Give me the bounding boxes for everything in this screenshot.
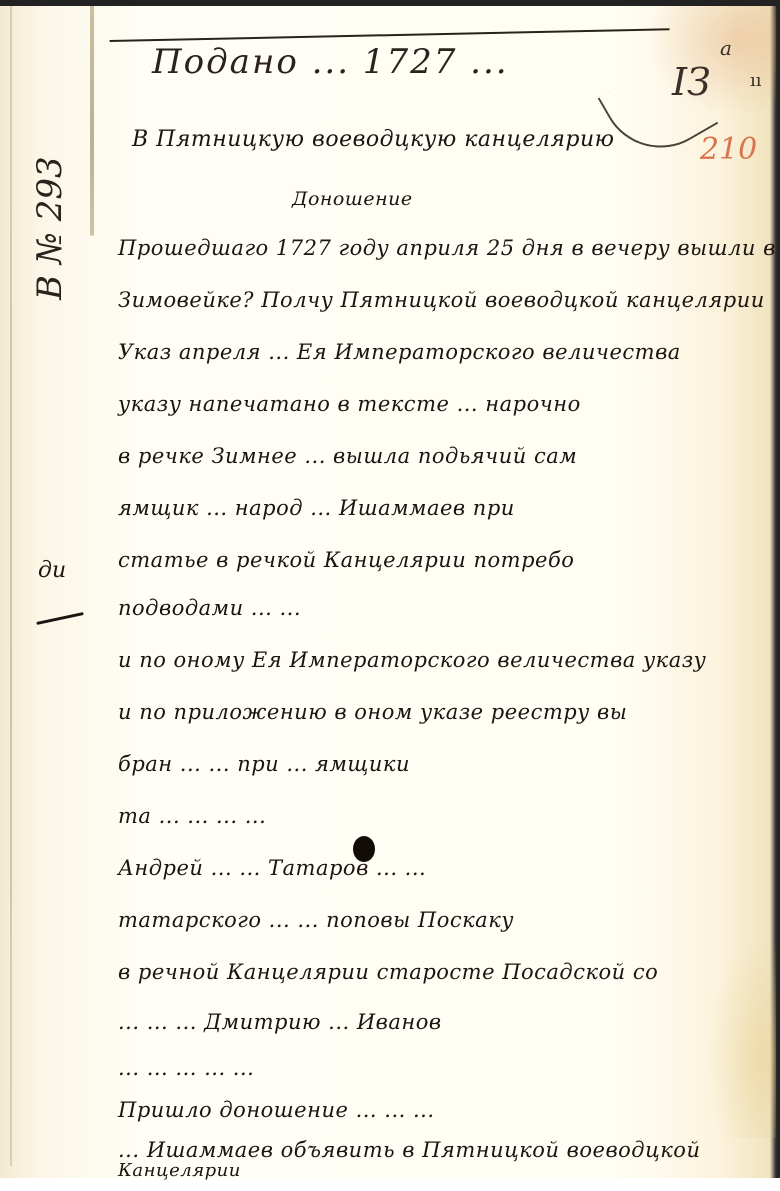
- red-folio-number: 210: [700, 132, 757, 167]
- header-note: Подано ... 1727 ...: [152, 42, 509, 82]
- folio-superscript: а: [720, 36, 732, 60]
- ink-blot: [353, 836, 375, 862]
- body-line: ... Ишаммаев объявить в Пятницкой воевод…: [118, 1138, 700, 1162]
- margin-rule: [10, 6, 12, 1166]
- body-line: ... ... ... ... ...: [118, 1056, 254, 1080]
- margin-rule: [90, 6, 94, 236]
- body-line: ... ... ... Дмитрию ... Иванов: [118, 1010, 442, 1034]
- body-line: и по оному Ея Императорского величества …: [118, 648, 706, 672]
- side-mark: ıı: [750, 70, 762, 91]
- body-line: подводами ... ...: [118, 596, 301, 620]
- body-line: бран ... ... при ... ямщики: [118, 752, 410, 776]
- manuscript-page: Подано ... 1727 ... ІЗ а ıı В № 293 210 …: [0, 0, 780, 1178]
- body-line: Канцелярии: [118, 1160, 241, 1181]
- body-line: указу напечатано в тексте ... нарочно: [118, 392, 581, 416]
- body-line: в речной Канцелярии старосте Посадской с…: [118, 960, 658, 984]
- body-line: в речке Зимнее ... вышла подьячий сам: [118, 444, 577, 468]
- body-line: Прошедшаго 1727 году априля 25 дня в веч…: [118, 236, 776, 260]
- archival-number: В № 293: [30, 156, 70, 300]
- body-line: ямщик ... народ ... Ишаммаев при: [118, 496, 515, 520]
- body-line: татарского ... ... поповы Поскаку: [118, 908, 514, 932]
- body-line: Зимовейке? Полчу Пятницкой воеводцкой ка…: [118, 288, 765, 312]
- body-line: Андрей ... ... Татаров ... ...: [118, 856, 426, 880]
- body-line: статье в речкой Канцелярии потребо: [118, 548, 574, 572]
- body-line: Указ апреля ... Ея Императорского величе…: [118, 340, 681, 364]
- addressee: В Пятницкую воеводцкую канцелярию: [132, 127, 615, 152]
- body-line: Пришло доношение ... ... ...: [118, 1098, 435, 1122]
- paper-stain: [706, 938, 776, 1138]
- margin-dash: [36, 612, 84, 625]
- document-title: Доношение: [292, 188, 413, 210]
- margin-note: ди: [38, 558, 66, 583]
- body-line: и по приложению в оном указе реестру вы: [118, 700, 627, 724]
- body-line: та ... ... ... ...: [118, 804, 266, 828]
